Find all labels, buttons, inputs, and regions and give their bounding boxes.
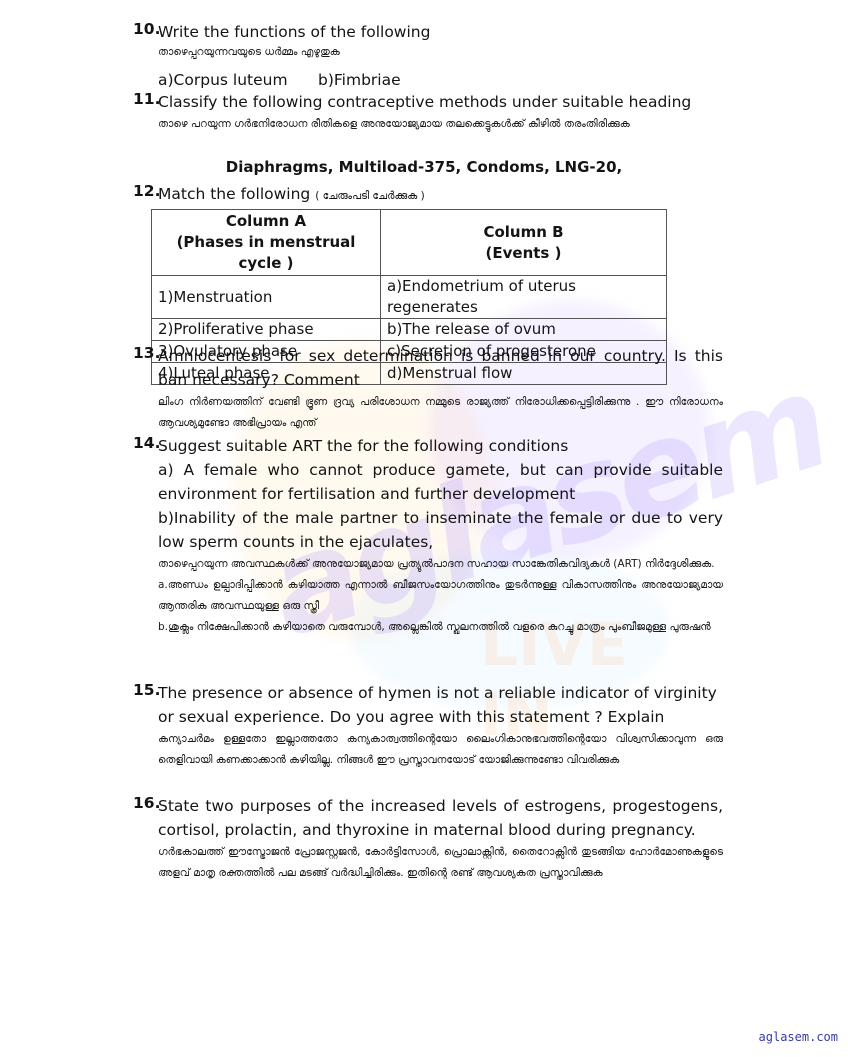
question-12: 12. Match the following ( ചേരുംപടി ചേർക്… (133, 182, 723, 208)
question-15: 15. The presence or absence of hymen is … (133, 681, 723, 771)
table-header-row: Column A(Phases in menstrual cycle ) Col… (152, 210, 667, 276)
question-number: 15. (133, 681, 160, 699)
question-13: 13. Amniocentesis for sex determination … (133, 344, 723, 434)
question-text-malayalam: ( ചേരുംപടി ചേർക്കുക ) (315, 190, 425, 202)
question-text-malayalam: ലിംഗ നിർണയത്തിന് വേണ്ടി ഭ്രൂണ ദ്രവ്യ പരി… (158, 392, 723, 434)
question-text: Write the functions of the following (158, 20, 723, 44)
question-number: 14. (133, 434, 160, 452)
option-b: b)Fimbriae (318, 68, 401, 92)
question-text: State two purposes of the increased leve… (158, 794, 723, 842)
question-text: The presence or absence of hymen is not … (158, 681, 723, 729)
question-14: 14. Suggest suitable ART the for the fol… (133, 434, 723, 638)
question-text-malayalam: താഴെപ്പറയുന്നവയുടെ ധർമ്മം എഴുതുക (158, 44, 723, 60)
question-16: 16. State two purposes of the increased … (133, 794, 723, 884)
question-text-english: Match the following (158, 185, 310, 203)
sub-question-b-malayalam: b.ശുക്ലം നിക്ഷേപിക്കാൻ കഴിയാതെ വരുമ്പോൾ,… (158, 617, 723, 638)
question-number: 13. (133, 344, 160, 362)
question-text: Classify the following contraceptive met… (158, 90, 723, 114)
sub-question-b: b)Inability of the male partner to insem… (158, 506, 723, 554)
question-number: 10. (133, 20, 160, 38)
question-text-malayalam: ഗർഭകാലത്ത് ഈസ്ട്രോജൻ പ്രോജസ്റ്റജൻ, കോർട്… (158, 842, 723, 884)
column-a-header: Column A(Phases in menstrual cycle ) (152, 210, 381, 276)
question-10: 10. Write the functions of the following… (133, 20, 723, 92)
contraceptive-methods-list: Diaphragms, Multiload-375, Condoms, LNG-… (0, 158, 848, 176)
column-b-cell: b)The release of ovum (381, 319, 667, 341)
column-a-cell: 1)Menstruation (152, 276, 381, 319)
question-number: 12. (133, 182, 160, 200)
question-text: Suggest suitable ART the for the followi… (158, 434, 723, 458)
question-text-malayalam: താഴെ പറയുന്ന ഗർഭനിരോധന രീതികളെ അനുയോജ്യമ… (158, 114, 723, 135)
column-a-cell: 2)Proliferative phase (152, 319, 381, 341)
question-options: a)Corpus luteumb)Fimbriae (158, 68, 723, 92)
question-number: 16. (133, 794, 160, 812)
table-row: 1)Menstruation a)Endometrium of uterus r… (152, 276, 667, 319)
question-text-malayalam: താഴെപ്പറയുന്ന അവസ്ഥകൾക്ക് അനുയോജ്യമായ പ്… (158, 554, 723, 575)
sub-question-a-malayalam: a.അണ്ഡം ഉല്പാദിപ്പിക്കാൻ കഴിയാത്ത എന്നാൽ… (158, 575, 723, 617)
sub-question-a: a) A female who cannot produce gamete, b… (158, 458, 723, 506)
question-text-malayalam: കന്യാചർമം ഉള്ളതോ ഇല്ലാത്തതോ കന്യകാത്വത്ത… (158, 729, 723, 771)
question-11: 11. Classify the following contraceptive… (133, 90, 723, 135)
question-text: Match the following ( ചേരുംപടി ചേർക്കുക … (158, 182, 723, 208)
footer-site-link[interactable]: aglasem.com (759, 1030, 838, 1044)
option-a: a)Corpus luteum (158, 68, 318, 92)
question-text: Amniocentesis for sex determination is b… (158, 344, 723, 392)
question-number: 11. (133, 90, 160, 108)
table-row: 2)Proliferative phase b)The release of o… (152, 319, 667, 341)
column-b-header: Column B(Events ) (381, 210, 667, 276)
column-b-cell: a)Endometrium of uterus regenerates (381, 276, 667, 319)
